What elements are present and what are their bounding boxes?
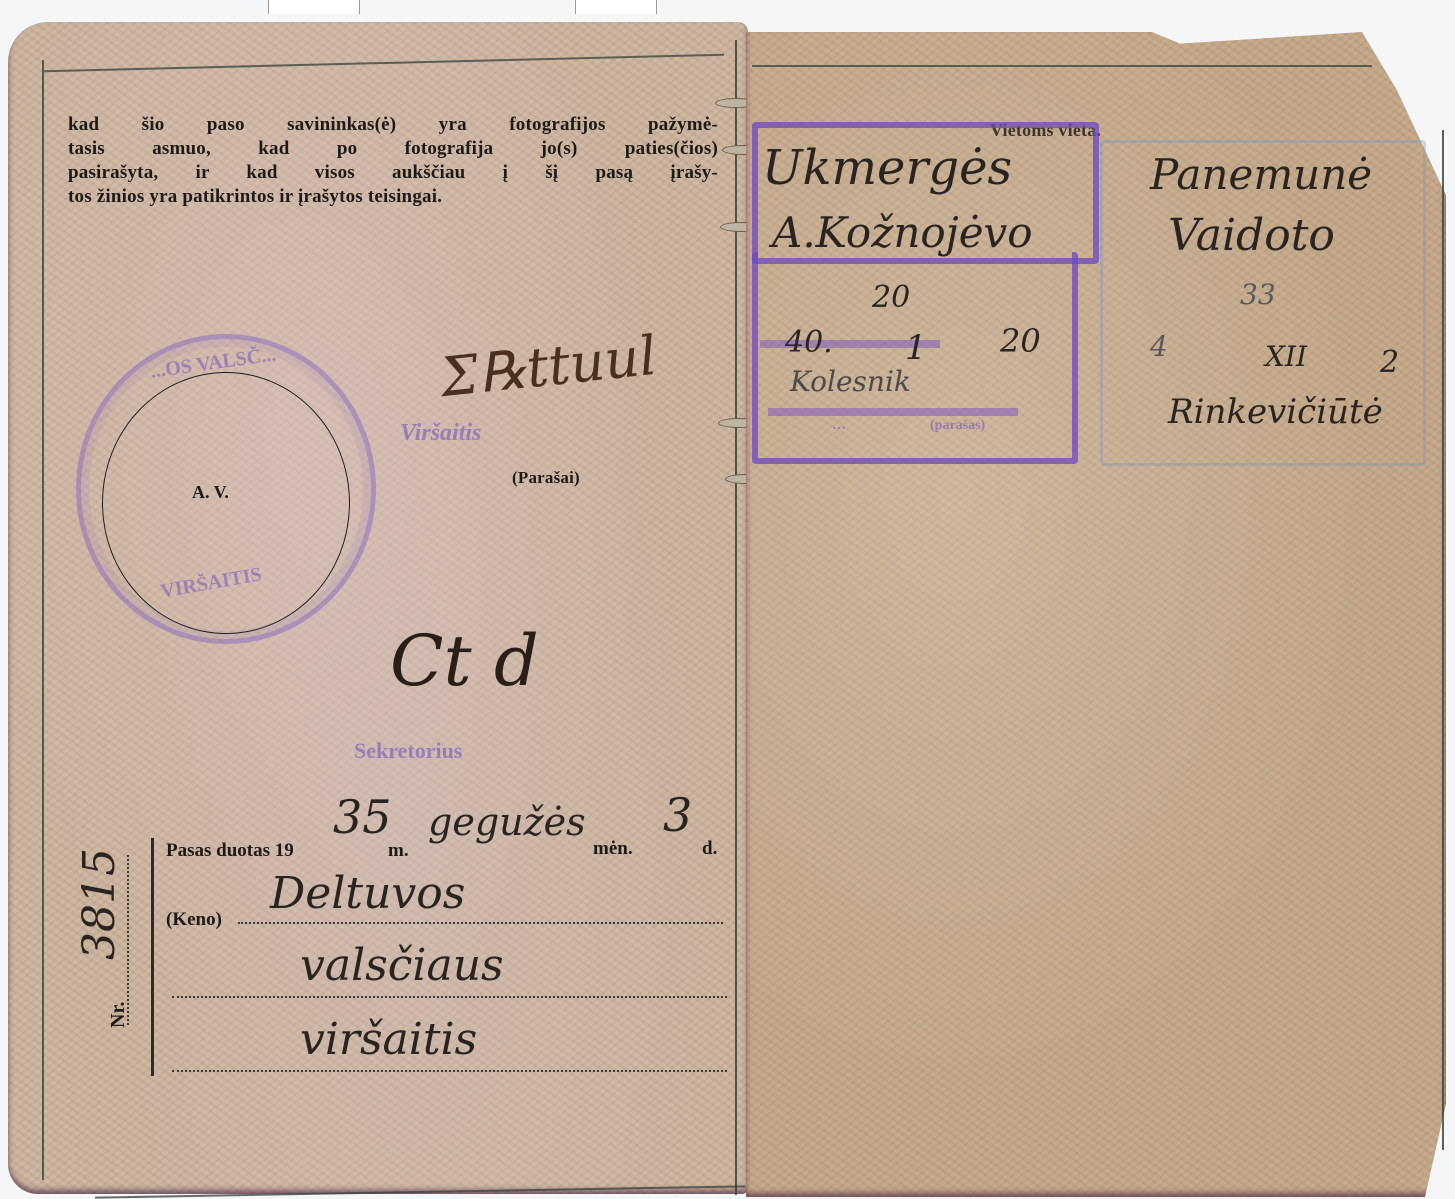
stamp-right-date-month: XII	[1265, 340, 1307, 373]
stamp-left-line-3: 20	[872, 280, 910, 315]
form-bracket	[151, 838, 154, 1076]
intro-line: tos žinios yra patikrintos ir įrašytos t…	[68, 185, 718, 209]
issuer-line-2: valsčiaus	[300, 940, 504, 991]
month-label: mėn.	[593, 838, 633, 860]
by-whom-label: (Keno)	[166, 909, 222, 931]
page-left-border	[42, 60, 44, 1180]
intro-line: tasis asmuo, kad po fotografija jo(s) pa…	[68, 137, 718, 161]
issue-month: gegužės	[428, 800, 586, 844]
stamp-ink-band	[768, 408, 1018, 416]
stamp-left-line-1: Ukmergės	[762, 140, 1012, 196]
stamp-left-date-day: 20	[1000, 322, 1041, 360]
stamp-left-date-year: 40.	[785, 325, 833, 360]
stamp-left-footer-1: …	[832, 418, 846, 434]
day-label: d.	[702, 838, 717, 860]
page-right-border	[1442, 130, 1444, 1150]
stamp-right-signature: Rinkevičiūtė	[1168, 392, 1383, 432]
seal-place-label: A. V.	[192, 482, 229, 503]
passport-spread: kad šio paso savininkas(ė) yra fotografi…	[0, 0, 1455, 1199]
page-top-border	[752, 65, 1372, 67]
stamp-left-line-5: Kolesnik	[790, 365, 911, 398]
stamp-right-number: 33	[1240, 278, 1276, 311]
title-stamp-virsaitis: Viršaitis	[400, 420, 481, 447]
issued-label: Pasas duotas 19	[166, 840, 294, 862]
stamp-right-date-day: 4	[1150, 330, 1168, 363]
number-dotted-line	[127, 855, 129, 1025]
issue-year: 35	[333, 790, 392, 844]
signature-sekretorius: Ct d	[390, 620, 539, 702]
dotted-line	[172, 996, 727, 998]
intro-paragraph: kad šio paso savininkas(ė) yra fotografi…	[68, 113, 718, 209]
binding-spine	[735, 40, 737, 1195]
intro-line: kad šio paso savininkas(ė) yra fotografi…	[68, 113, 718, 137]
year-suffix: m.	[388, 840, 409, 862]
stamp-right-line-1: Panemunė	[1150, 150, 1372, 199]
stamp-left-line-2: A.Kožnojėvo	[772, 208, 1033, 257]
stamp-left-date-month: 1	[905, 328, 927, 368]
stamp-right-line-2: Vaidoto	[1168, 210, 1335, 261]
issuer-line-1: Deltuvos	[270, 868, 465, 919]
stamp-right-date-year: 2	[1380, 345, 1399, 380]
stamp-left-footer-2: (parašas)	[930, 418, 985, 434]
seal-placement-circle	[102, 372, 350, 634]
dotted-line	[172, 1070, 727, 1072]
title-stamp-sekretorius: Sekretorius	[354, 738, 462, 764]
issue-day: 3	[663, 788, 692, 842]
issuer-line-3: viršaitis	[300, 1014, 477, 1065]
dotted-line	[238, 922, 723, 924]
number-label: Nr.	[107, 1002, 130, 1028]
signatures-caption: (Parašai)	[512, 466, 580, 490]
intro-line: pasirašyta, ir kad visos aukščiau į šį p…	[68, 161, 718, 185]
passport-number: 3815	[74, 848, 125, 960]
